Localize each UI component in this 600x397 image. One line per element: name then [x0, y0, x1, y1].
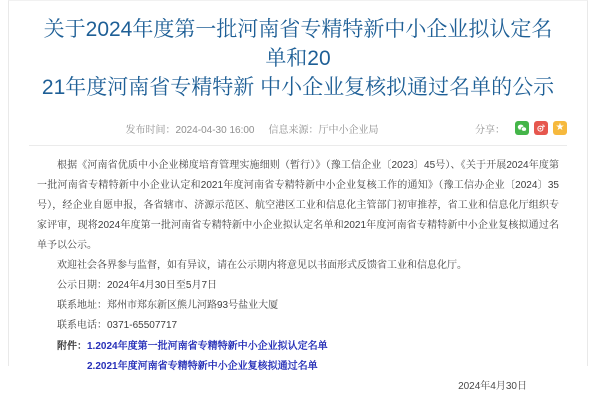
publicity-period-line: 公示日期：2024年4月30日至5月7日: [37, 276, 559, 296]
announcement-page: 关于2024年度第一批河南省专精特新中小企业拟认定名单和20 21年度河南省专精…: [8, 0, 588, 366]
contact-phone-line: 联系电话：0371-65507717: [37, 316, 559, 336]
page-title-line1: 关于2024年度第一批河南省专精特新中小企业拟认定名单和20: [35, 15, 561, 73]
share-box: 分享： ★: [475, 121, 567, 136]
attachment-link-1[interactable]: 1.2024年度第一批河南省专精特新中小企业拟认定名单: [87, 337, 328, 357]
attachments-block: 附件： 1.2024年度第一批河南省专精特新中小企业拟认定名单 2.2021年度…: [37, 337, 559, 366]
attachments-label: 附件：: [37, 337, 87, 366]
attachment-links: 1.2024年度第一批河南省专精特新中小企业拟认定名单 2.2021年度河南省专…: [87, 337, 328, 366]
source-label: 信息来源：: [268, 125, 318, 136]
star-glyph: ★: [556, 123, 565, 133]
meta-row: 发布时间：2024-04-30 16:00信息来源：厅中小企业局 分享： ★: [29, 119, 567, 137]
weibo-share-icon[interactable]: [534, 121, 548, 135]
publish-info: 发布时间：2024-04-30 16:00信息来源：厅中小企业局: [29, 121, 475, 136]
header-divider: [29, 145, 567, 146]
publish-time-label: 发布时间：: [126, 125, 176, 136]
share-label: 分享：: [475, 121, 505, 136]
wechat-share-icon[interactable]: [515, 121, 529, 135]
star-favorite-icon[interactable]: ★: [553, 121, 567, 135]
contact-address-line: 联系地址：郑州市郑东新区熊儿河路93号盐业大厦: [37, 296, 559, 316]
article-paragraph-2: 欢迎社会各界参与监督，如有异议，请在公示期内将意见以书面形式反馈省工业和信息化厅…: [37, 256, 559, 276]
source-value: 厅中小企业局: [318, 125, 378, 136]
article-body: 根据《河南省优质中小企业梯度培育管理实施细则（暂行）》（豫工信企业〔2023〕4…: [37, 156, 559, 366]
publish-time-value: 2024-04-30 16:00: [176, 125, 255, 136]
page-title: 关于2024年度第一批河南省专精特新中小企业拟认定名单和20 21年度河南省专精…: [35, 15, 561, 102]
page-title-line2: 21年度河南省专精特新 中小企业复核拟通过名单的公示: [35, 73, 561, 102]
attachment-link-2[interactable]: 2.2021年度河南省专精特新中小企业复核拟通过名单: [87, 357, 328, 366]
article-paragraph-1: 根据《河南省优质中小企业梯度培育管理实施细则（暂行）》（豫工信企业〔2023〕4…: [37, 156, 559, 256]
